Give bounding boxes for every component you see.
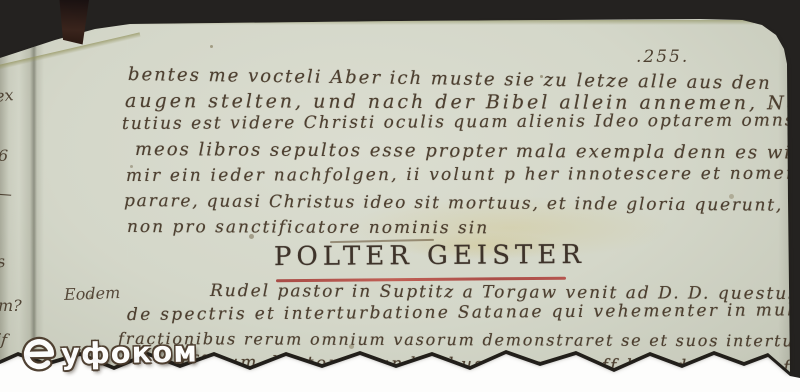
manuscript-scan: ft ex 6 — s m? if .255. bentes me voctel… xyxy=(0,0,800,392)
facing-page-fragment: — xyxy=(0,183,13,203)
handwritten-line: parare, quasi Christus ideo sit mortuus,… xyxy=(124,191,783,216)
handwritten-line: wurffe um die topffe und schussel am Kop… xyxy=(150,352,800,378)
handwritten-line: fractionibus rerum omnium vasorum demons… xyxy=(118,329,800,351)
facing-page-fragment: m? xyxy=(0,296,22,315)
paper-foxing-speckles xyxy=(210,45,213,48)
handwritten-line: tutius est videre Christi oculis quam al… xyxy=(122,110,796,134)
watermark-text: уфоком xyxy=(61,332,199,372)
handwritten-line: non pro sanctificatore nominis sin xyxy=(127,217,489,238)
ufocom-watermark: уфоком xyxy=(20,332,199,373)
handwritten-line: meos libros sepultos esse propter mala e… xyxy=(135,139,800,164)
handwritten-line: de spectris et interturbatione Satanae q… xyxy=(127,300,800,325)
handwritten-line: mir ein ieder nachfolgen, ii volunt p he… xyxy=(126,164,799,186)
page-top-edge xyxy=(124,20,754,25)
ufocom-e-logo-icon xyxy=(20,335,59,374)
facing-page-fragment: 6 xyxy=(0,146,8,165)
facing-page-fragment: ex xyxy=(0,85,14,106)
heading-poltergeister: POLTER GEISTER xyxy=(274,240,586,272)
page-number: .255. xyxy=(636,47,689,67)
margin-note: Eodem xyxy=(64,283,121,304)
